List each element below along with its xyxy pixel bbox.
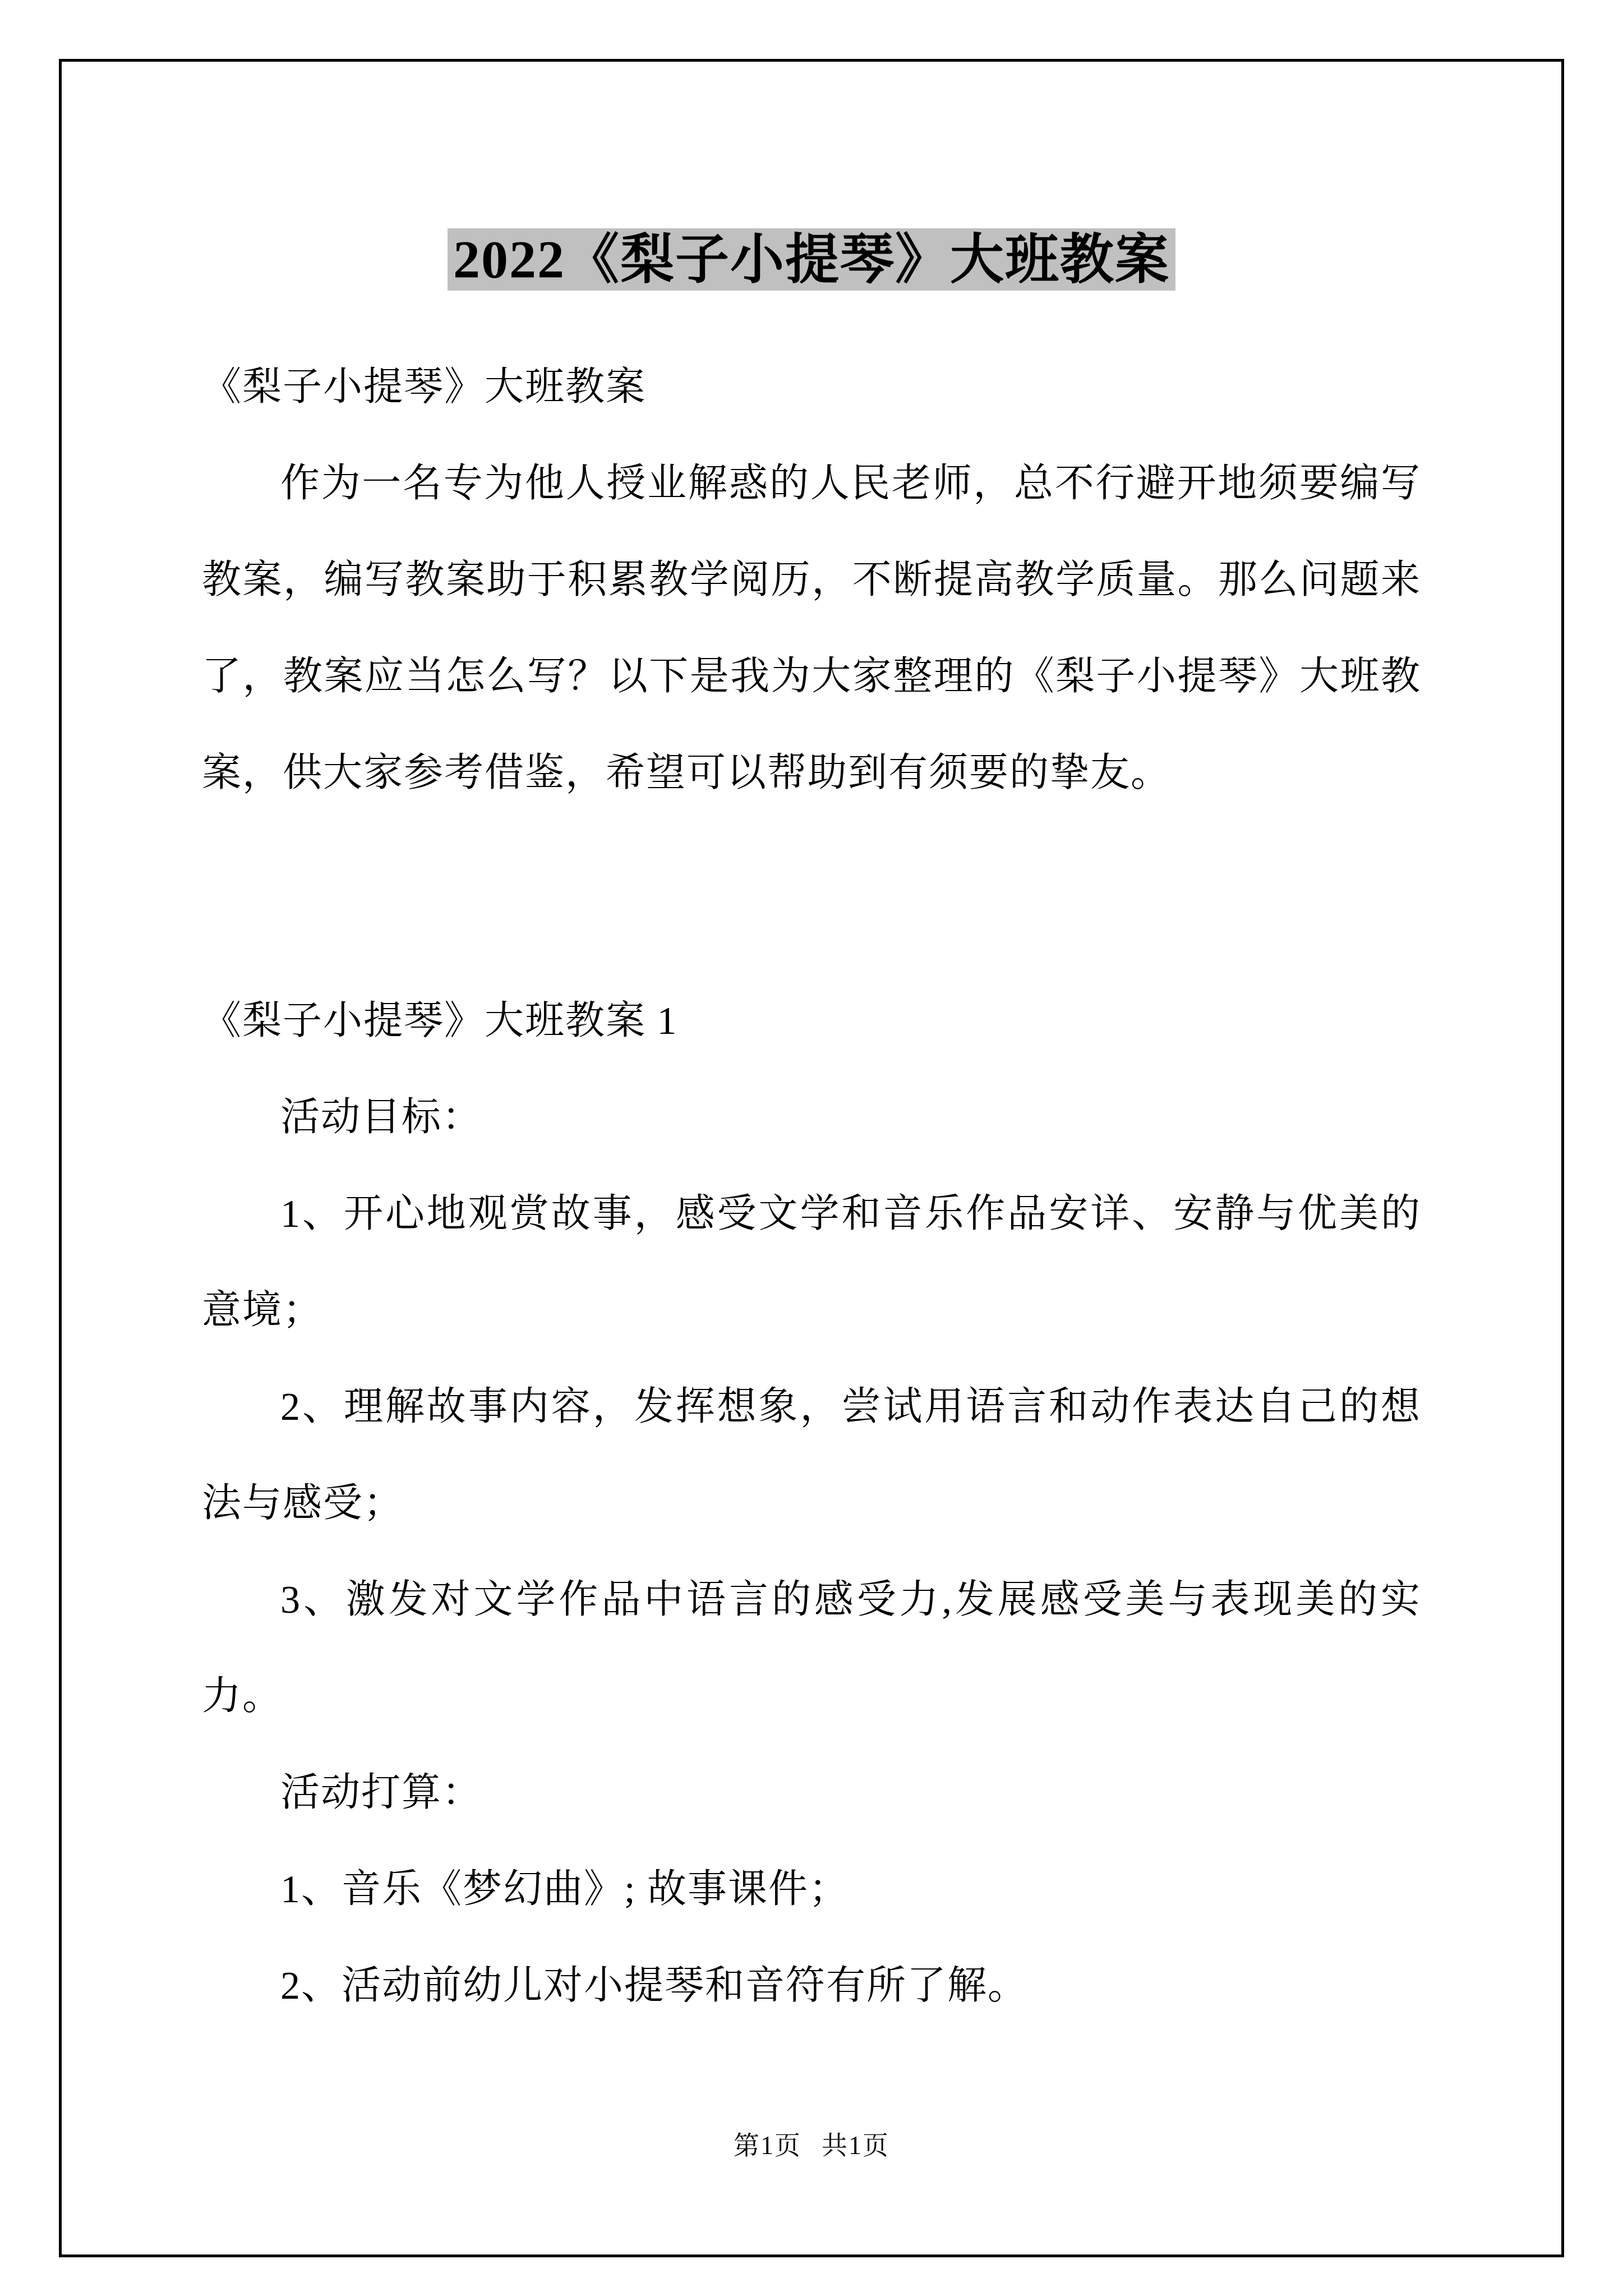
goal-item-2: 2、理解故事内容，发挥想象，尝试用语言和动作表达自己的想法与感受；: [202, 1359, 1421, 1552]
page-footer: 第1页共1页: [62, 2125, 1561, 2162]
section-heading: 《梨子小提琴》大班教案 1: [202, 973, 1421, 1070]
footer-page-number: 第1页: [734, 2131, 801, 2160]
document-title: 2022《梨子小提琴》大班教案: [202, 227, 1421, 292]
page-border: 2022《梨子小提琴》大班教案 《梨子小提琴》大班教案 作为一名专为他人授业解惑…: [59, 59, 1564, 2257]
goal-item-3: 3、激发对文学作品中语言的感受力,发展感受美与表现美的实力。: [202, 1552, 1421, 1745]
document-title-highlight: 2022《梨子小提琴》大班教案: [448, 228, 1175, 291]
document-subtitle: 《梨子小提琴》大班教案: [202, 339, 1421, 436]
goal-item-1: 1、开心地观赏故事，感受文学和音乐作品安详、安静与优美的意境；: [202, 1166, 1421, 1359]
preparation-label: 活动打算：: [202, 1745, 1421, 1842]
document-page: 2022《梨子小提琴》大班教案 《梨子小提琴》大班教案 作为一名专为他人授业解惑…: [0, 0, 1623, 2296]
footer-page-total: 共1页: [822, 2131, 889, 2160]
preparation-item-2: 2、活动前幼儿对小提琴和音符有所了解。: [202, 1938, 1421, 2035]
blank-line: [202, 822, 1421, 973]
intro-paragraph: 作为一名专为他人授业解惑的人民老师，总不行避开地须要编写教案，编写教案助于积累教…: [202, 436, 1421, 822]
goals-label: 活动目标：: [202, 1070, 1421, 1166]
page-content: 2022《梨子小提琴》大班教案 《梨子小提琴》大班教案 作为一名专为他人授业解惑…: [62, 227, 1561, 2035]
preparation-item-1: 1、音乐《梦幻曲》; 故事课件；: [202, 1842, 1421, 1938]
